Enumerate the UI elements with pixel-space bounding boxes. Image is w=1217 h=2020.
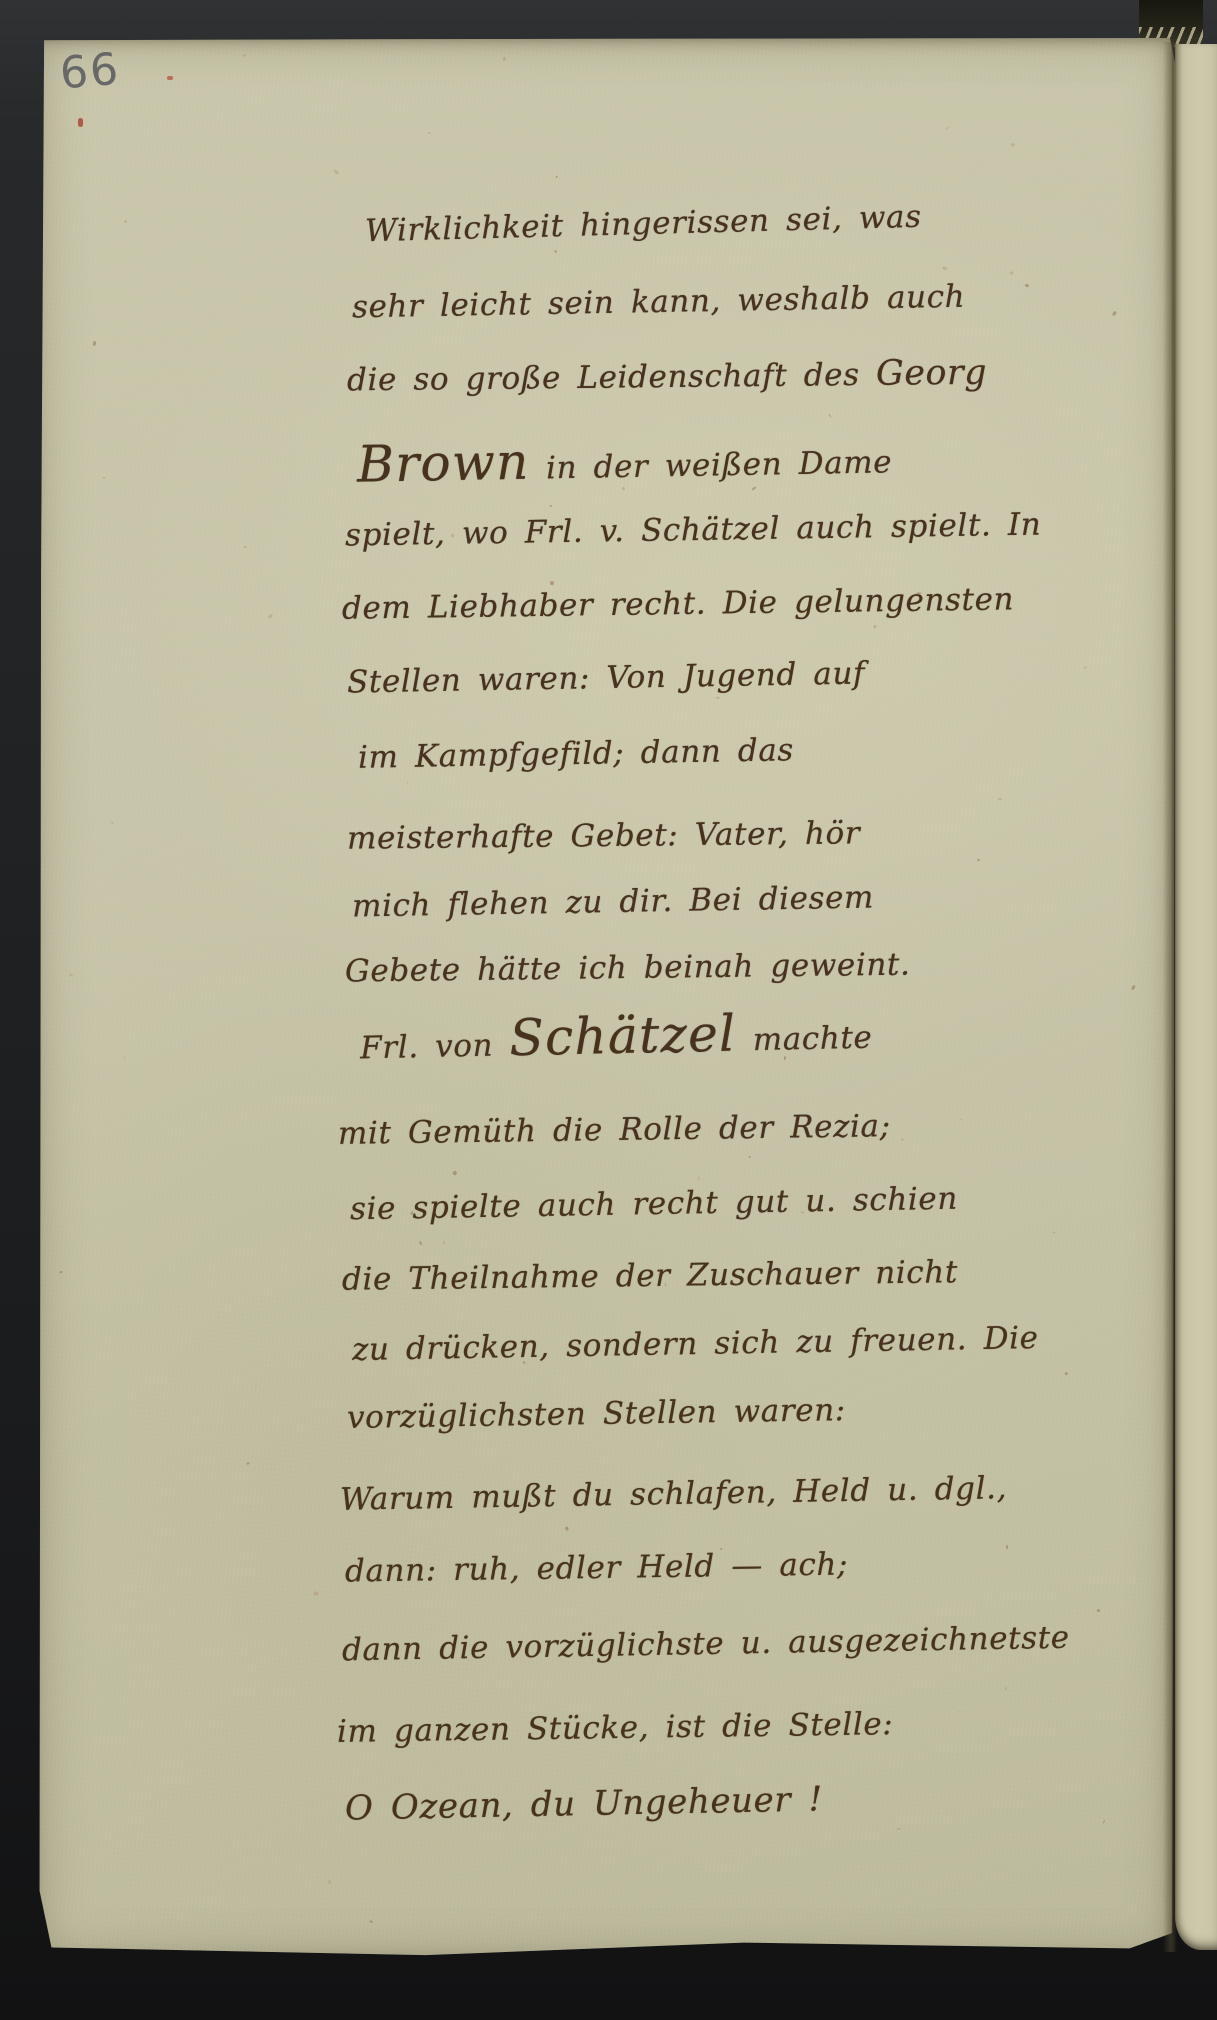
paper-speckle bbox=[212, 722, 213, 723]
paper-speckle bbox=[514, 1416, 516, 1418]
paper-speckle bbox=[977, 858, 981, 861]
paper-speckle bbox=[1064, 1372, 1068, 1376]
paper-speckle bbox=[333, 169, 338, 174]
page-fold-crease bbox=[1163, 42, 1177, 1952]
paper-speckle bbox=[522, 1360, 526, 1363]
paper-speckle bbox=[752, 486, 757, 491]
paper-speckle bbox=[970, 372, 973, 376]
paper-speckle bbox=[68, 973, 72, 977]
paper-speckle bbox=[268, 613, 274, 619]
paper-speckle bbox=[103, 477, 106, 479]
paper-speckle bbox=[1037, 1104, 1039, 1106]
paper-speckle bbox=[369, 1920, 373, 1923]
paper-speckle bbox=[720, 1548, 723, 1551]
paper-speckle bbox=[411, 1211, 414, 1215]
paper-speckle bbox=[1006, 1545, 1009, 1550]
paper-speckle bbox=[716, 697, 720, 700]
paper-speckle bbox=[1010, 271, 1015, 275]
manuscript-paper bbox=[39, 38, 1175, 1958]
paper-speckle bbox=[1103, 1819, 1105, 1823]
paper-speckle bbox=[959, 1711, 960, 1713]
paper-speckle bbox=[443, 1241, 445, 1244]
paper-speckle bbox=[916, 593, 921, 595]
paper-speckle bbox=[243, 546, 247, 548]
paper-speckle bbox=[748, 1156, 750, 1158]
paper-speckle bbox=[60, 1270, 63, 1273]
paper-speckle bbox=[1131, 985, 1136, 990]
paper-speckle bbox=[554, 250, 557, 253]
paper-speckle bbox=[313, 1591, 319, 1596]
paper-speckle bbox=[784, 1056, 787, 1060]
paper-speckle bbox=[901, 1138, 904, 1141]
paper-speckle bbox=[328, 1880, 331, 1884]
paper-speckle bbox=[123, 1055, 126, 1059]
paper-speckle bbox=[941, 266, 947, 271]
paper-speckle bbox=[1083, 666, 1087, 669]
paper-speckle bbox=[243, 55, 246, 58]
paper-speckle bbox=[698, 1176, 701, 1181]
paper-speckle bbox=[124, 220, 127, 224]
paper-speckle bbox=[550, 581, 554, 586]
paper-speckle bbox=[565, 1526, 570, 1531]
paper-speckle bbox=[450, 533, 454, 537]
paper-speckle bbox=[873, 624, 878, 629]
red-edge-mark-small bbox=[167, 76, 173, 80]
paper-speckle bbox=[897, 1828, 900, 1830]
paper-speckle bbox=[1097, 1609, 1100, 1612]
paper-speckle bbox=[589, 839, 592, 843]
paper-speckle bbox=[429, 132, 430, 134]
paper-speckle bbox=[609, 1504, 611, 1505]
paper-speckle bbox=[406, 782, 408, 784]
paper-speckle bbox=[471, 1349, 474, 1353]
paper-speckle bbox=[246, 1462, 250, 1465]
red-edge-mark bbox=[78, 118, 83, 127]
paper-speckle bbox=[1010, 142, 1015, 147]
paper-speckle bbox=[801, 1211, 804, 1213]
paper-speckle bbox=[1005, 1687, 1008, 1691]
paper-speckle bbox=[503, 57, 507, 61]
paper-speckle bbox=[111, 822, 114, 825]
paper-speckle bbox=[622, 487, 625, 490]
paper-speckle bbox=[556, 176, 558, 178]
paper-speckle bbox=[1112, 310, 1117, 316]
paper-speckle bbox=[255, 1385, 257, 1387]
paper-speckle bbox=[665, 1282, 667, 1285]
paper-speckle bbox=[998, 798, 1002, 800]
paper-speckle bbox=[92, 341, 96, 346]
paper-speckle bbox=[945, 127, 950, 131]
paper-speckle bbox=[1053, 1231, 1056, 1234]
paper-speckle bbox=[419, 1241, 422, 1245]
paper-speckle bbox=[737, 216, 741, 220]
page-number: 66 bbox=[58, 43, 122, 99]
paper-speckle bbox=[960, 1118, 963, 1120]
paper-speckle bbox=[453, 1170, 458, 1175]
paper-speckle bbox=[1024, 284, 1028, 288]
paper-speckle bbox=[550, 505, 552, 507]
scanned-manuscript-page: 66 Wirklichkeit hingerissen sei, wassehr… bbox=[0, 0, 1217, 2020]
next-leaf-fore-edge bbox=[1175, 44, 1217, 1950]
paper-speckle bbox=[829, 414, 832, 418]
